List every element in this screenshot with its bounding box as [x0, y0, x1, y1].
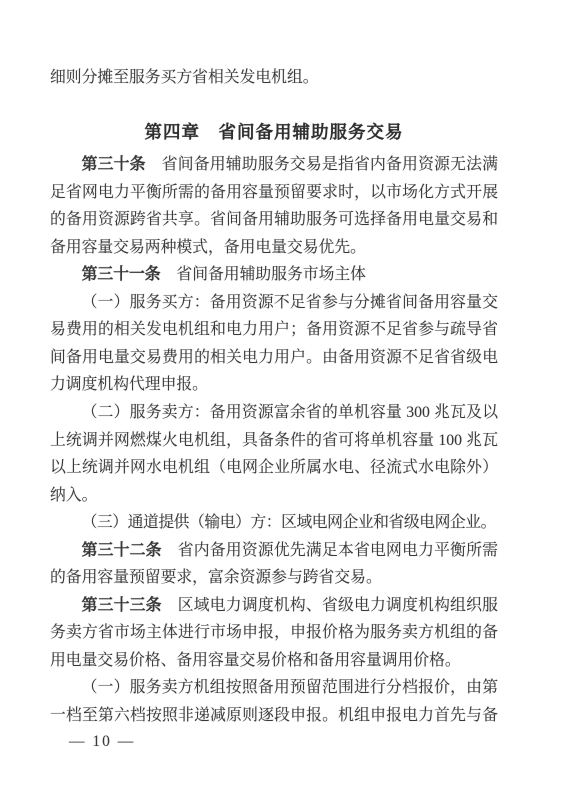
text-line: 一档至第六档按照非递减原则逐段申报。机组申报电力首先与备: [50, 702, 498, 730]
article-number: 第三十条: [82, 156, 146, 173]
text-run: 省间备用辅助服务交易是指省内备用资源无法满: [146, 156, 498, 173]
text-run: 用电量交易价格、备用容量交易价格和备用容量调用价格。: [50, 652, 461, 669]
text-run: 的备用容量预留要求，富余资源参与跨省交易。: [50, 569, 382, 586]
document-page: 细则分摊至服务买方省相关发电机组。 第四章 省间备用辅助服务交易 第三十条 省间…: [0, 0, 565, 800]
text-run: 上统调并网燃煤火电机组，具备条件的省可将单机容量 100 兆瓦: [50, 432, 498, 449]
text-run: 一档至第六档按照非递减原则逐段申报。机组申报电力首先与备: [50, 707, 498, 724]
text-line: 备用容量交易两种模式，备用电量交易优先。: [50, 234, 498, 262]
chapter-heading: 第四章 省间备用辅助服务交易: [50, 119, 498, 146]
text-line: （二）服务卖方：备用资源富余省的单机容量 300 兆瓦及以: [50, 399, 498, 427]
paragraph: 第三十条 省间备用辅助服务交易是指省内备用资源无法满足省网电力平衡所需的备用容量…: [50, 151, 498, 261]
text-line: 第三十三条 区域电力调度机构、省级电力调度机构组织服: [50, 592, 498, 620]
text-run: （二）服务卖方：备用资源富余省的单机容量 300 兆瓦及以: [82, 404, 498, 421]
text-run: 省间备用辅助服务市场主体: [161, 266, 366, 283]
text-run: 易费用的相关发电机组和电力用户；备用资源不足省参与疏导省: [50, 321, 498, 338]
continuation-paragraph-line: 细则分摊至服务买方省相关发电机组。: [50, 64, 498, 92]
text-line: 第三十一条 省间备用辅助服务市场主体: [50, 261, 498, 289]
text-run: 力调度机构代理申报。: [50, 376, 208, 393]
text-run: （三）通道提供（输电）方：区域电网企业和省级电网企业。: [82, 514, 496, 531]
article-number: 第三十二条: [82, 542, 162, 559]
text-run: 务卖方省市场主体进行市场申报，申报价格为服务卖方机组的备: [50, 624, 498, 641]
text-line: 上统调并网燃煤火电机组，具备条件的省可将单机容量 100 兆瓦: [50, 427, 498, 455]
text-line: 的备用容量预留要求，富余资源参与跨省交易。: [50, 564, 498, 592]
text-run: 备用容量交易两种模式，备用电量交易优先。: [50, 239, 366, 256]
page-number: — 10 —: [69, 731, 135, 752]
text-line: 纳入。: [50, 482, 498, 510]
text-run: 间备用电量交易费用的相关电力用户。由备用资源不足省省级电: [50, 349, 498, 366]
paragraph: 第三十一条 省间备用辅助服务市场主体: [50, 261, 498, 289]
text-line: （一）服务买方：备用资源不足省参与分摊省间备用容量交: [50, 289, 498, 317]
paragraph: 第三十二条 省内备用资源优先满足本省电网电力平衡所需的备用容量预留要求，富余资源…: [50, 537, 498, 592]
text-line: （三）通道提供（输电）方：区域电网企业和省级电网企业。: [50, 509, 498, 537]
text-run: 区域电力调度机构、省级电力调度机构组织服: [162, 597, 498, 614]
text-line: 力调度机构代理申报。: [50, 371, 498, 399]
text-run: 纳入。: [50, 487, 97, 504]
text-run: 省内备用资源优先满足本省电网电力平衡所需: [162, 542, 498, 559]
paragraph: 第三十三条 区域电力调度机构、省级电力调度机构组织服务卖方省市场主体进行市场申报…: [50, 592, 498, 675]
text-line: 足省网电力平衡所需的备用容量预留要求时，以市场化方式开展: [50, 179, 498, 207]
text-run: 的备用资源跨省共享。省间备用辅助服务可选择备用电量交易和: [50, 211, 498, 228]
paragraph-list: 第三十条 省间备用辅助服务交易是指省内备用资源无法满足省网电力平衡所需的备用容量…: [50, 151, 498, 729]
text-line: 易费用的相关发电机组和电力用户；备用资源不足省参与疏导省: [50, 316, 498, 344]
paragraph: （一）服务卖方机组按照备用预留范围进行分档报价，由第一档至第六档按照非递减原则逐…: [50, 674, 498, 729]
text-run: （一）服务卖方机组按照备用预留范围进行分档报价，由第: [82, 679, 498, 696]
text-line: 的备用资源跨省共享。省间备用辅助服务可选择备用电量交易和: [50, 206, 498, 234]
text-line: 第三十二条 省内备用资源优先满足本省电网电力平衡所需: [50, 537, 498, 565]
text-line: （一）服务卖方机组按照备用预留范围进行分档报价，由第: [50, 674, 498, 702]
text-run: 足省网电力平衡所需的备用容量预留要求时，以市场化方式开展: [50, 184, 498, 201]
paragraph: （三）通道提供（输电）方：区域电网企业和省级电网企业。: [50, 509, 498, 537]
text-run: （一）服务买方：备用资源不足省参与分摊省间备用容量交: [82, 294, 498, 311]
paragraph: （二）服务卖方：备用资源富余省的单机容量 300 兆瓦及以上统调并网燃煤火电机组…: [50, 399, 498, 509]
article-number: 第三十三条: [82, 597, 162, 614]
text-line: 间备用电量交易费用的相关电力用户。由备用资源不足省省级电: [50, 344, 498, 372]
document-body: 细则分摊至服务买方省相关发电机组。 第四章 省间备用辅助服务交易 第三十条 省间…: [50, 64, 498, 730]
text-line: 以上统调并网水电机组（电网企业所属水电、径流式水电除外）: [50, 454, 498, 482]
paragraph: （一）服务买方：备用资源不足省参与分摊省间备用容量交易费用的相关发电机组和电力用…: [50, 289, 498, 399]
text-line: 务卖方省市场主体进行市场申报，申报价格为服务卖方机组的备: [50, 619, 498, 647]
text-line: 第三十条 省间备用辅助服务交易是指省内备用资源无法满: [50, 151, 498, 179]
article-number: 第三十一条: [82, 266, 161, 283]
text-run: 以上统调并网水电机组（电网企业所属水电、径流式水电除外）: [50, 459, 498, 476]
text-line: 用电量交易价格、备用容量交易价格和备用容量调用价格。: [50, 647, 498, 675]
